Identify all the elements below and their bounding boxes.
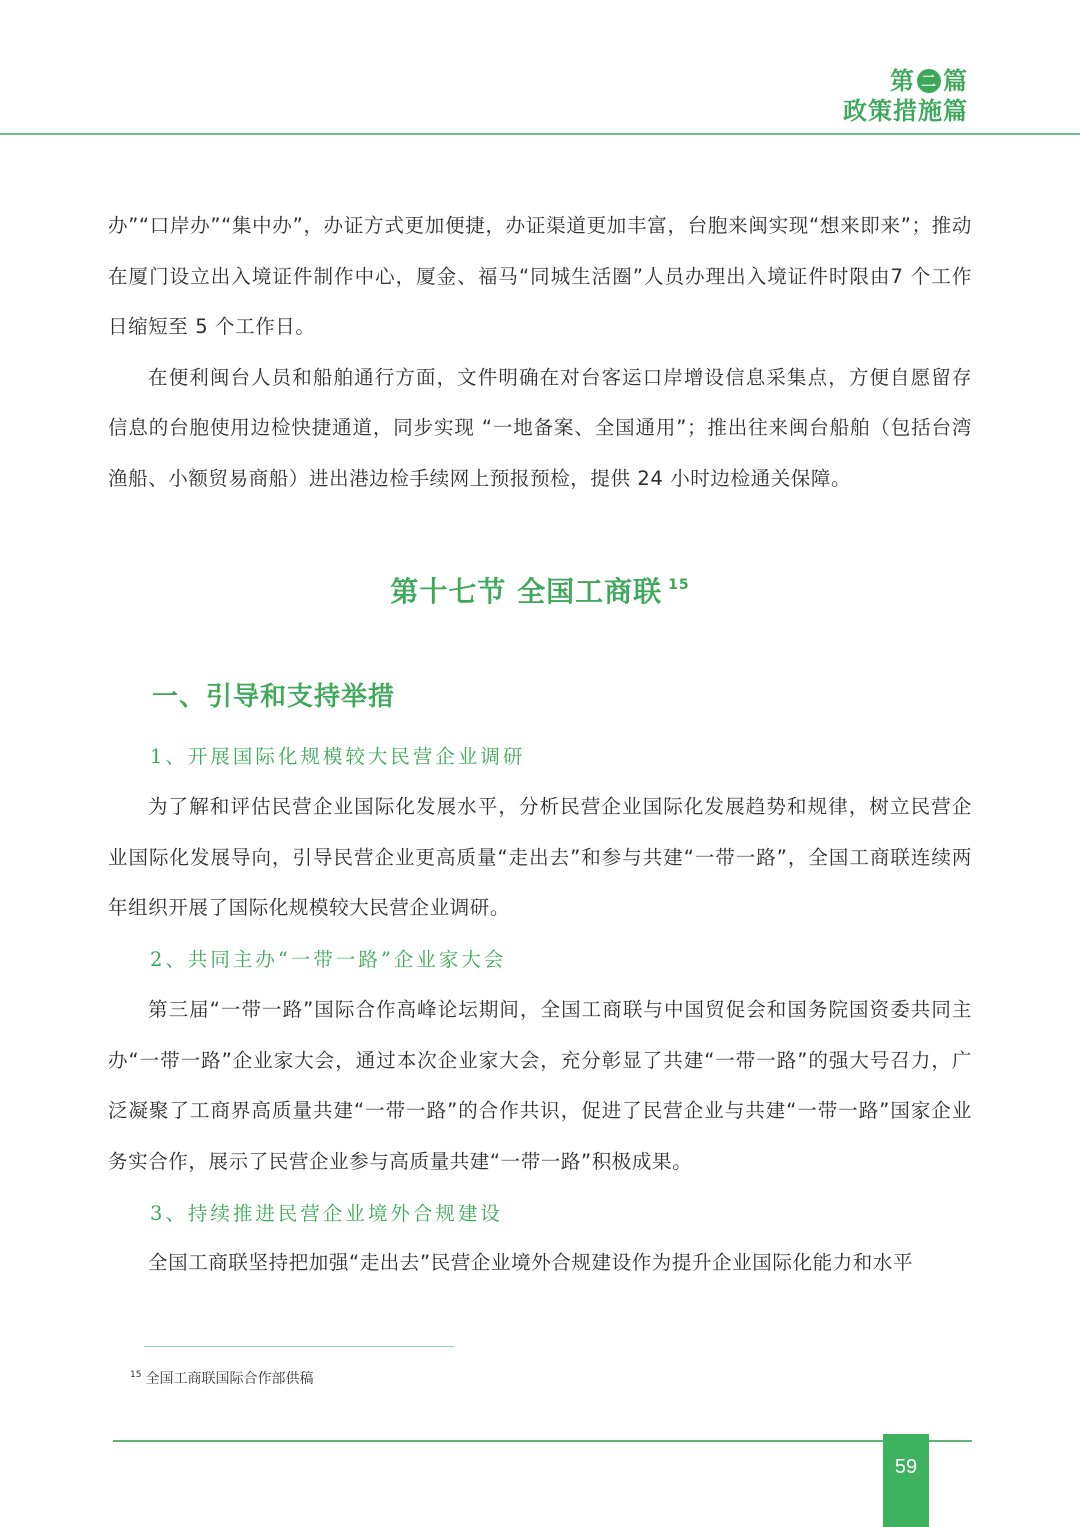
part-label: 第二篇 (843, 66, 968, 96)
paragraph: 为了解和评估民营企业国际化发展水平，分析民营企业国际化发展趋势和规律，树立民营企… (108, 782, 972, 934)
part-prefix: 第 (890, 66, 915, 96)
footnote-divider (144, 1346, 454, 1347)
item-body-1: 为了解和评估民营企业国际化发展水平，分析民营企业国际化发展趋势和规律，树立民营企… (108, 782, 972, 934)
item-body-3: 全国工商联坚持把加强“走出去”民营企业境外合规建设作为提升企业国际化能力和水平 (108, 1238, 972, 1289)
header-divider (0, 133, 1080, 135)
footer-divider (113, 1440, 972, 1442)
part-suffix: 篇 (943, 66, 968, 96)
paragraph: 在便利闽台人员和船舶通行方面，文件明确在对台客运口岸增设信息采集点，方便自愿留存… (108, 353, 972, 505)
item-heading-3: 3、持续推进民营企业境外合规建设 (150, 1199, 503, 1229)
subsection-title: 一、引导和支持举措 (152, 676, 395, 718)
footnote: 15全国工商联国际合作部供稿 (130, 1364, 313, 1390)
footnote-number: 15 (130, 1370, 141, 1380)
item-heading-2: 2、共同主办“一带一路”企业家大会 (150, 945, 506, 975)
item-body-2: 第三届“一带一路”国际合作高峰论坛期间，全国工商联与中国贸促会和国务院国资委共同… (108, 985, 972, 1187)
paragraph: 第三届“一带一路”国际合作高峰论坛期间，全国工商联与中国贸促会和国务院国资委共同… (108, 985, 972, 1187)
page-number: 59 (883, 1434, 929, 1527)
part-name: 政策措施篇 (843, 96, 968, 126)
footnote-text: 全国工商联国际合作部供稿 (145, 1371, 313, 1387)
paragraph: 办”“口岸办”“集中办”，办证方式更加便捷，办证渠道更加丰富，台胞来闽实现“想来… (108, 201, 972, 353)
paragraph: 全国工商联坚持把加强“走出去”民营企业境外合规建设作为提升企业国际化能力和水平 (108, 1238, 972, 1289)
section-title: 第十七节 全国工商联15 (0, 563, 1080, 614)
intro-text: 办”“口岸办”“集中办”，办证方式更加便捷，办证渠道更加丰富，台胞来闽实现“想来… (108, 201, 972, 504)
item-heading-1: 1、开展国际化规模较大民营企业调研 (150, 742, 525, 772)
section-title-text: 第十七节 全国工商联 (390, 575, 662, 608)
running-header: 第二篇 政策措施篇 (843, 66, 968, 126)
footnote-ref[interactable]: 15 (668, 577, 689, 593)
part-number-badge: 二 (917, 69, 941, 93)
